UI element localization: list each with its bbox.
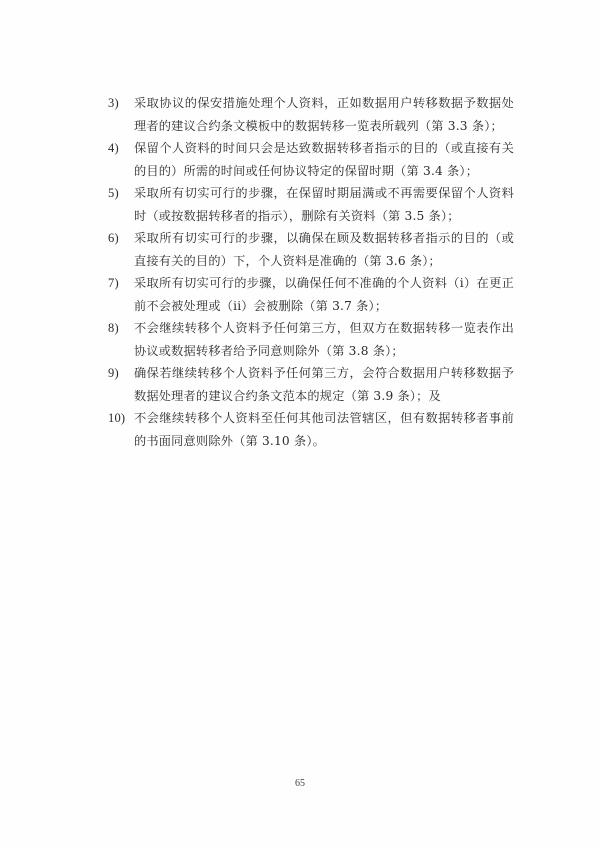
- list-item-number: 5): [108, 182, 119, 205]
- list-item: 7) 采取所有切实可行的步骤，以确保任何不准确的个人资料（i）在更正前不会被处理…: [108, 272, 514, 317]
- list-item-text: 保留个人资料的时间只会是达致数据转移者指示的目的（或直接有关的目的）所需的时间或…: [134, 141, 514, 178]
- list-item-text: 确保若继续转移个人资料予任何第三方，会符合数据用户转移数据予数据处理者的建议合约…: [134, 366, 514, 403]
- list-item-number: 7): [108, 272, 119, 295]
- document-page: 3) 采取协议的保安措施处理个人资料，正如数据用户转移数据予数据处理者的建议合约…: [0, 0, 600, 848]
- list-item-text: 采取所有切实可行的步骤，以确保任何不准确的个人资料（i）在更正前不会被处理或（i…: [134, 276, 514, 313]
- list-item-text: 采取所有切实可行的步骤，以确保在顾及数据转移者指示的目的（或直接有关的目的）下，…: [134, 231, 514, 268]
- list-item-number: 4): [108, 137, 119, 160]
- list-item-number: 6): [108, 227, 119, 250]
- list-item: 3) 采取协议的保安措施处理个人资料，正如数据用户转移数据予数据处理者的建议合约…: [108, 92, 514, 137]
- list-item-number: 8): [108, 317, 119, 340]
- list-item: 10) 不会继续转移个人资料至任何其他司法管辖区，但有数据转移者事前的书面同意则…: [108, 407, 514, 452]
- list-item: 6) 采取所有切实可行的步骤，以确保在顾及数据转移者指示的目的（或直接有关的目的…: [108, 227, 514, 272]
- list-item-text: 不会继续转移个人资料至任何其他司法管辖区，但有数据转移者事前的书面同意则除外（第…: [134, 411, 514, 448]
- list-item-number: 3): [108, 92, 119, 115]
- page-number: 65: [0, 778, 600, 789]
- list-item: 8) 不会继续转移个人资料予任何第三方，但双方在数据转移一览表作出协议或数据转移…: [108, 317, 514, 362]
- numbered-list: 3) 采取协议的保安措施处理个人资料，正如数据用户转移数据予数据处理者的建议合约…: [108, 92, 514, 452]
- list-item-number: 9): [108, 362, 119, 385]
- list-item: 5) 采取所有切实可行的步骤，在保留时期届满或不再需要保留个人资料时（或按数据转…: [108, 182, 514, 227]
- list-item: 9) 确保若继续转移个人资料予任何第三方，会符合数据用户转移数据予数据处理者的建…: [108, 362, 514, 407]
- list-item-text: 不会继续转移个人资料予任何第三方，但双方在数据转移一览表作出协议或数据转移者给予…: [134, 321, 514, 358]
- list-item-text: 采取协议的保安措施处理个人资料，正如数据用户转移数据予数据处理者的建议合约条文模…: [134, 96, 514, 133]
- list-item-number: 10): [108, 407, 125, 430]
- list-item: 4) 保留个人资料的时间只会是达致数据转移者指示的目的（或直接有关的目的）所需的…: [108, 137, 514, 182]
- list-item-text: 采取所有切实可行的步骤，在保留时期届满或不再需要保留个人资料时（或按数据转移者的…: [134, 186, 514, 223]
